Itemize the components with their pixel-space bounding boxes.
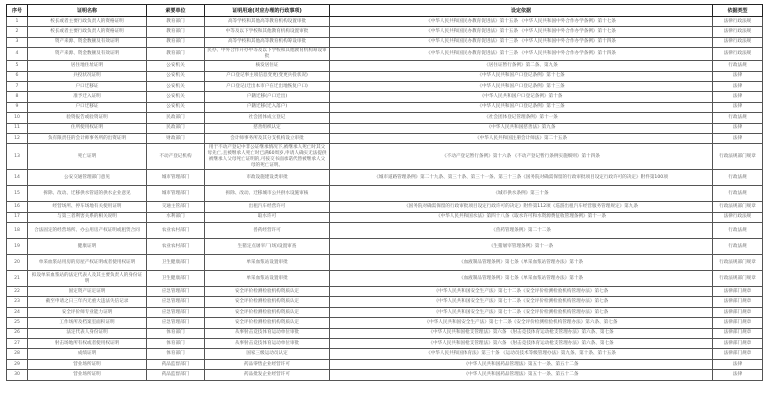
cell-purpose: 药品批发企业经营许可 bbox=[205, 370, 330, 380]
cell-purpose: 用于不动产登记中非公证继承情况下,被继承人死亡时其父母先亡,且被继承人死亡时已满… bbox=[205, 144, 330, 170]
cell-seq: 7 bbox=[7, 81, 28, 91]
table-row: 22固定资产证定证明应急管理部门安全评价检测检验机构资质认定《中华人民共和国安全… bbox=[7, 287, 763, 297]
cell-purpose: 户口登记(迁出本市户在迁出地恢复户口) bbox=[205, 81, 330, 91]
cell-seq: 28 bbox=[7, 349, 28, 359]
table-row: 9户口迁移证公安机关户籍迁移(迁入落户)《中华人民共和国户口登记条例》第十三条法… bbox=[7, 102, 763, 112]
cell-legal-basis: 《中华人民共和国户口登记条例》第十三条 bbox=[330, 81, 713, 91]
table-row: 15拆除、改动、迁移供水管道的供水企业意见城市管理部门拆除、改动、迁移城市公共供… bbox=[7, 186, 763, 202]
cell-basis-type: 法律部门规章 bbox=[713, 339, 763, 349]
cell-requesting-unit: 体育部门 bbox=[147, 349, 205, 359]
cell-purpose: 户口登记事主项信息变更(变更兵役状况) bbox=[205, 71, 330, 81]
table-row: 26法定代表人身份证明体育部门从事射击竞技体育运动单位审批《中华人民共和国枪支管… bbox=[7, 328, 763, 338]
cell-seq: 24 bbox=[7, 307, 28, 317]
cell-basis-type: 法律行政法规 bbox=[713, 27, 763, 37]
cell-seq: 13 bbox=[7, 144, 28, 170]
cell-basis-type: 法律行政法规 bbox=[713, 212, 763, 222]
cell-basis-type: 行政法规 bbox=[713, 186, 763, 202]
cell-requesting-unit: 财政部门 bbox=[147, 133, 205, 143]
cell-basis-type: 法律 bbox=[713, 92, 763, 102]
table-row: 18合法固定的经营场所、办公用房产权证明或租赁合同农业农村部门兽药经营许可《兽药… bbox=[7, 223, 763, 239]
cell-seq: 8 bbox=[7, 92, 28, 102]
cell-purpose: 安全评价检测检验机构资质认定 bbox=[205, 307, 330, 317]
cell-legal-basis: 《城市道路管理条例》第二十九条、第三十条、第三十一条、第三十三条《国务院对确需保… bbox=[330, 170, 713, 186]
cell-requesting-unit: 交通主管部门 bbox=[147, 202, 205, 212]
cell-cert-name: 住所使用权证明 bbox=[28, 123, 147, 133]
cell-purpose: 中等及以下学校和其他教育机构设置审批 bbox=[205, 27, 330, 37]
cell-cert-name: 单采血浆站用房的房屋产权证明或者使用权证明 bbox=[28, 255, 147, 271]
cell-cert-name: 射击场地所有权或者使用权证明 bbox=[28, 339, 147, 349]
cell-purpose: 高等学校和其他高等教育机构设置审批 bbox=[205, 17, 330, 27]
cell-requesting-unit: 应急管理部门 bbox=[147, 297, 205, 307]
cell-legal-basis: 《兽药管理条例》第二十二条 bbox=[330, 223, 713, 239]
cell-purpose: 会计师事务所及其分支机构设立审批 bbox=[205, 133, 330, 143]
table-row: 28成绩证明体育部门国家三级运动员认定《中华人民共和国体育法》第三十条 《运动员… bbox=[7, 349, 763, 359]
table-row: 8准予迁入证明公安机关户籍迁移(户口迁出)《中华人民共和国户口登记条例》第十条法… bbox=[7, 92, 763, 102]
cell-seq: 3 bbox=[7, 37, 28, 47]
cell-cert-name: 校长或者主要行政负责人的资格证明 bbox=[28, 27, 147, 37]
cell-purpose: 安全评价检测检验机构资质认定 bbox=[205, 297, 330, 307]
cell-basis-type: 法律部门规章 bbox=[713, 287, 763, 297]
cell-purpose: 户籍迁移(迁入落户) bbox=[205, 102, 330, 112]
cell-seq: 25 bbox=[7, 318, 28, 328]
cell-seq: 2 bbox=[7, 27, 28, 37]
cell-requesting-unit: 公安机关 bbox=[147, 71, 205, 81]
cell-requesting-unit: 药品监督部门 bbox=[147, 359, 205, 369]
table-row: 11住所使用权证明民政部门慈善组织认定《中华人民共和国慈善法》第九条法律 bbox=[7, 123, 763, 133]
cell-cert-name: 负有限责任的会计师事务所的出资证明 bbox=[28, 133, 147, 143]
header-legal-basis: 设定依据 bbox=[330, 5, 713, 17]
cell-cert-name: 安全评价师专业能力证明 bbox=[28, 307, 147, 317]
cell-basis-type: 法律行政法规 bbox=[713, 48, 763, 61]
cell-cert-name: 与第三者利害关系的相关说明 bbox=[28, 212, 147, 222]
cell-legal-basis: 《血液制品管理条例》第七条《单采血浆站管理办法》第十条 bbox=[330, 271, 713, 287]
cell-purpose: 安全评价检测检验机构资质认定 bbox=[205, 318, 330, 328]
header-cert-name: 证明名称 bbox=[28, 5, 147, 17]
cell-requesting-unit: 教育部门 bbox=[147, 27, 205, 37]
cell-seq: 15 bbox=[7, 186, 28, 202]
cell-seq: 30 bbox=[7, 370, 28, 380]
cell-cert-name: 截至申请之日三年内无重大违法失信记录 bbox=[28, 297, 147, 307]
cell-requesting-unit: 农业农村部门 bbox=[147, 239, 205, 255]
cell-seq: 10 bbox=[7, 113, 28, 123]
cell-cert-name: 校长或者主要行政负责人的资格证明 bbox=[28, 17, 147, 27]
cell-purpose: 兽药经营许可 bbox=[205, 223, 330, 239]
cell-cert-name: 居住地住址证明 bbox=[28, 61, 147, 71]
cell-legal-basis: 《中华人民共和国药品管理法》第五十一条、第五十二条 bbox=[330, 359, 713, 369]
cell-requesting-unit: 卫生健康部门 bbox=[147, 255, 205, 271]
table-row: 3资产来源、资金数额及有效证明教育部门高等学校和其他高等教育机构筹设审批《中华人… bbox=[7, 37, 763, 47]
cell-basis-type: 法律行政法规 bbox=[713, 17, 763, 27]
cell-legal-basis: 《生猪屠宰管理条例》第十一条 bbox=[330, 239, 713, 255]
cell-purpose: 高等学校和其他高等教育机构筹设审批 bbox=[205, 37, 330, 47]
cell-seq: 12 bbox=[7, 133, 28, 143]
table-header-row: 序号 证明名称 索要单位 证明用途(对应办理的行政事项) 设定依据 依据类型 bbox=[7, 5, 763, 17]
cell-cert-name: 验资报告或验资证明 bbox=[28, 113, 147, 123]
table-row: 14公安交通管理部门意见城市管理部门市政设施建设类审批《城市道路管理条例》第二十… bbox=[7, 170, 763, 186]
header-purpose: 证明用途(对应办理的行政事项) bbox=[205, 5, 330, 17]
cell-legal-basis: 《中华人民共和国户口登记条例》第十三条 bbox=[330, 102, 713, 112]
cell-purpose: 出租汽车经营许可 bbox=[205, 202, 330, 212]
table-row: 13死亡证明不动产登记机构用于不动产登记中非公证继承情况下,被继承人死亡时其父母… bbox=[7, 144, 763, 170]
cell-requesting-unit: 体育部门 bbox=[147, 339, 205, 349]
cell-cert-name: 固定资产证定证明 bbox=[28, 287, 147, 297]
table-row: 20单采血浆站用房的房屋产权证明或者使用权证明卫生健康部门单采血浆站设置审批《血… bbox=[7, 255, 763, 271]
cell-basis-type: 法律 bbox=[713, 123, 763, 133]
cell-seq: 17 bbox=[7, 212, 28, 222]
certificate-list-table: 序号 证明名称 索要单位 证明用途(对应办理的行政事项) 设定依据 依据类型 1… bbox=[6, 4, 763, 381]
cell-requesting-unit: 民政部门 bbox=[147, 113, 205, 123]
cell-requesting-unit: 公安机关 bbox=[147, 92, 205, 102]
cell-requesting-unit: 教育部门 bbox=[147, 48, 205, 61]
cell-purpose: 单采血浆站设置审批 bbox=[205, 255, 330, 271]
cell-requesting-unit: 城市管理部门 bbox=[147, 186, 205, 202]
cell-purpose: 户籍迁移(户口迁出) bbox=[205, 92, 330, 102]
cell-basis-type: 行政法规部门规章 bbox=[713, 271, 763, 287]
cell-legal-basis: 《不动产登记暂行条例》第十六条 《不动产登记暂行条例实施细则》第十四条 bbox=[330, 144, 713, 170]
cell-requesting-unit: 不动产登记机构 bbox=[147, 144, 205, 170]
cell-seq: 14 bbox=[7, 170, 28, 186]
cell-purpose: 取水许可 bbox=[205, 212, 330, 222]
table-row: 6兵役状况证明公安机关户口登记事主项信息变更(变更兵役状况)《中华人民共和国户口… bbox=[7, 71, 763, 81]
cell-requesting-unit: 应急管理部门 bbox=[147, 287, 205, 297]
cell-seq: 21 bbox=[7, 271, 28, 287]
cell-basis-type: 法律部门规章 bbox=[713, 297, 763, 307]
cell-legal-basis: 《中华人民共和国户口登记条例》第十条 bbox=[330, 92, 713, 102]
cell-cert-name: 资产来源、资金数额及有效证明 bbox=[28, 37, 147, 47]
table-row: 1校长或者主要行政负责人的资格证明教育部门高等学校和其他高等教育机构设置审批《中… bbox=[7, 17, 763, 27]
cell-basis-type: 法律 bbox=[713, 359, 763, 369]
cell-requesting-unit: 体育部门 bbox=[147, 328, 205, 338]
cell-cert-name: 营业场所证明 bbox=[28, 359, 147, 369]
cell-legal-basis: 《中华人民共和国民办教育促进法》第十五条 《中华人民共和国中外合作办学条例》第十… bbox=[330, 17, 713, 27]
cell-cert-name: 公安交通管理部门意见 bbox=[28, 170, 147, 186]
cell-requesting-unit: 药品监督部门 bbox=[147, 370, 205, 380]
cell-cert-name: 户口迁移证 bbox=[28, 102, 147, 112]
cell-purpose: 单采血浆站设置审批 bbox=[205, 271, 330, 287]
cell-basis-type: 法律行政法规 bbox=[713, 37, 763, 47]
cell-legal-basis: 《社会团体登记管理条例》第十一条 bbox=[330, 113, 713, 123]
cell-purpose: 拆除、改动、迁移城市公共供水设施审核 bbox=[205, 186, 330, 202]
cell-basis-type: 法律部门规章 bbox=[713, 328, 763, 338]
cell-legal-basis: 《中华人民共和国民办教育促进法》第十三条 《中华人民共和国中外合作办学条例》第十… bbox=[330, 48, 713, 61]
header-basis-type: 依据类型 bbox=[713, 5, 763, 17]
cell-legal-basis: 《中华人民共和国注册会计师法》第二十五条 bbox=[330, 133, 713, 143]
cell-basis-type: 行政法规部门规章 bbox=[713, 255, 763, 271]
cell-legal-basis: 《城市供水条例》第三十条 bbox=[330, 186, 713, 202]
table-row: 27射击场地所有权或者使用权证明体育部门从事射击竞技体育运动单位审批《中华人民共… bbox=[7, 339, 763, 349]
cell-legal-basis: 《中华人民共和国户口登记条例》第十七条 bbox=[330, 71, 713, 81]
cell-basis-type: 法律部门规章 bbox=[713, 307, 763, 317]
cell-seq: 27 bbox=[7, 339, 28, 349]
cell-cert-name: 拟设单采血浆站的法定代表人及其主要负责人的身份证明 bbox=[28, 271, 147, 287]
cell-requesting-unit: 公安机关 bbox=[147, 102, 205, 112]
cell-seq: 19 bbox=[7, 239, 28, 255]
cell-requesting-unit: 应急管理部门 bbox=[147, 318, 205, 328]
table-row: 24安全评价师专业能力证明应急管理部门安全评价检测检验机构资质认定《中华人民共和… bbox=[7, 307, 763, 317]
table-row: 25工作场所及档案室面积证明应急管理部门安全评价检测检验机构资质认定《中华人民共… bbox=[7, 318, 763, 328]
cell-cert-name: 工作场所及档案室面积证明 bbox=[28, 318, 147, 328]
cell-basis-type: 行政法规 bbox=[713, 61, 763, 71]
cell-cert-name: 资产来源、资金数额及有效证明 bbox=[28, 48, 147, 61]
cell-seq: 29 bbox=[7, 359, 28, 369]
table-row: 29营业场所证明药品监督部门药品零售企业经营许可《中华人民共和国药品管理法》第五… bbox=[7, 359, 763, 369]
cell-cert-name: 经营场所、停车场地有关使用证明 bbox=[28, 202, 147, 212]
cell-requesting-unit: 应急管理部门 bbox=[147, 307, 205, 317]
header-requesting-unit: 索要单位 bbox=[147, 5, 205, 17]
cell-basis-type: 法律 bbox=[713, 71, 763, 81]
table-row: 12负有限责任的会计师事务所的出资证明财政部门会计师事务所及其分支机构设立审批《… bbox=[7, 133, 763, 143]
cell-purpose: 慈善组织认定 bbox=[205, 123, 330, 133]
cell-purpose: 核发居住证 bbox=[205, 61, 330, 71]
cell-purpose: 从事射击竞技体育运动单位审批 bbox=[205, 339, 330, 349]
cell-purpose: 药品零售企业经营许可 bbox=[205, 359, 330, 369]
cell-seq: 5 bbox=[7, 61, 28, 71]
cell-seq: 16 bbox=[7, 202, 28, 212]
cell-cert-name: 拆除、改动、迁移供水管道的供水企业意见 bbox=[28, 186, 147, 202]
table-row: 21拟设单采血浆站的法定代表人及其主要负责人的身份证明卫生健康部门单采血浆站设置… bbox=[7, 271, 763, 287]
cell-basis-type: 行政法规部门规章 bbox=[713, 144, 763, 170]
cell-purpose: 生猪定点屠宰厂(场)设置审查 bbox=[205, 239, 330, 255]
cell-requesting-unit: 城市管理部门 bbox=[147, 170, 205, 186]
cell-legal-basis: 《中华人民共和国民办教育促进法》第十五条 《中华人民共和国中外合作办学条例》第十… bbox=[330, 27, 713, 37]
cell-purpose: 国家三级运动员认定 bbox=[205, 349, 330, 359]
cell-cert-name: 合法固定的经营场所、办公用房产权证明或租赁合同 bbox=[28, 223, 147, 239]
cell-basis-type: 法律 bbox=[713, 81, 763, 91]
cell-seq: 4 bbox=[7, 48, 28, 61]
cell-legal-basis: 《国务院对确需保留的行政审批项目设定行政许可的决定》附件第112项《巡游出租汽车… bbox=[330, 202, 713, 212]
cell-basis-type: 行政法规 bbox=[713, 170, 763, 186]
cell-legal-basis: 《中华人民共和国枪支管理法》第六条 《射击竞技体育运动枪支管理办法》第六条、第七… bbox=[330, 339, 713, 349]
table-row: 2校长或者主要行政负责人的资格证明教育部门中等及以下学校和其他教育机构设置审批《… bbox=[7, 27, 763, 37]
cell-cert-name: 法定代表人身份证明 bbox=[28, 328, 147, 338]
cell-basis-type: 法律 bbox=[713, 102, 763, 112]
cell-legal-basis: 《中华人民共和国慈善法》第九条 bbox=[330, 123, 713, 133]
cell-legal-basis: 《居住证暂行条例》第二条、第九条 bbox=[330, 61, 713, 71]
cell-purpose: 社会团体成立登记 bbox=[205, 113, 330, 123]
cell-cert-name: 准予迁入证明 bbox=[28, 92, 147, 102]
cell-seq: 1 bbox=[7, 17, 28, 27]
cell-seq: 20 bbox=[7, 255, 28, 271]
table-row: 19健康证明农业农村部门生猪定点屠宰厂(场)设置审查《生猪屠宰管理条例》第十一条… bbox=[7, 239, 763, 255]
table-row: 4资产来源、资金数额及有效证明教育部门民办、中外合作开办中等及以下学校和其他教育… bbox=[7, 48, 763, 61]
cell-requesting-unit: 公安机关 bbox=[147, 81, 205, 91]
cell-basis-type: 行政法规 bbox=[713, 239, 763, 255]
cell-legal-basis: 《中华人民共和国体育法》第三十条 《运动员技术等级管理办法》第九条、第十条、第十… bbox=[330, 349, 713, 359]
cell-requesting-unit: 民政部门 bbox=[147, 123, 205, 133]
table-row: 7户口迁移证公安机关户口登记(迁出本市户在迁出地恢复户口)《中华人民共和国户口登… bbox=[7, 81, 763, 91]
table-body: 1校长或者主要行政负责人的资格证明教育部门高等学校和其他高等教育机构设置审批《中… bbox=[7, 17, 763, 381]
table-row: 5居住地住址证明公安机关核发居住证《居住证暂行条例》第二条、第九条行政法规 bbox=[7, 61, 763, 71]
cell-legal-basis: 《中华人民共和国水法》第四十八条《取水许可和水资源费征收管理条例》第十一条 bbox=[330, 212, 713, 222]
cell-basis-type: 法律部门规章 bbox=[713, 318, 763, 328]
cell-seq: 6 bbox=[7, 71, 28, 81]
cell-requesting-unit: 公安机关 bbox=[147, 61, 205, 71]
cell-legal-basis: 《中华人民共和国安全生产法》第七十二条《安全评价检测检验机构管理办法》第六条、第… bbox=[330, 318, 713, 328]
cell-legal-basis: 《中华人民共和国安全生产法》第七十二条《安全评价检测检验机构管理办法》第七条 bbox=[330, 287, 713, 297]
table-row: 23截至申请之日三年内无重大违法失信记录应急管理部门安全评价检测检验机构资质认定… bbox=[7, 297, 763, 307]
cell-seq: 26 bbox=[7, 328, 28, 338]
cell-legal-basis: 《中华人民共和国药品管理法》第五十一条、第五十二条 bbox=[330, 370, 713, 380]
cell-cert-name: 健康证明 bbox=[28, 239, 147, 255]
cell-basis-type: 行政法规 bbox=[713, 223, 763, 239]
table-row: 10验资报告或验资证明民政部门社会团体成立登记《社会团体登记管理条例》第十一条行… bbox=[7, 113, 763, 123]
cell-cert-name: 死亡证明 bbox=[28, 144, 147, 170]
cell-requesting-unit: 教育部门 bbox=[147, 37, 205, 47]
cell-requesting-unit: 教育部门 bbox=[147, 17, 205, 27]
cell-seq: 11 bbox=[7, 123, 28, 133]
cell-legal-basis: 《中华人民共和国枪支管理法》第六条 《射击竞技体育运动枪支管理办法》第六条、第七… bbox=[330, 328, 713, 338]
cell-legal-basis: 《中华人民共和国民办教育促进法》第十三条 《中华人民共和国中外合作办学条例》第十… bbox=[330, 37, 713, 47]
cell-cert-name: 成绩证明 bbox=[28, 349, 147, 359]
cell-legal-basis: 《中华人民共和国安全生产法》第七十二条《安全评价检测检验机构管理办法》第七条 bbox=[330, 297, 713, 307]
cell-purpose: 市政设施建设类审批 bbox=[205, 170, 330, 186]
cell-seq: 22 bbox=[7, 287, 28, 297]
cell-cert-name: 营业场所证明 bbox=[28, 370, 147, 380]
cell-basis-type: 法律 bbox=[713, 370, 763, 380]
cell-basis-type: 行政法规部门规章 bbox=[713, 202, 763, 212]
cell-basis-type: 法律 bbox=[713, 133, 763, 143]
cell-cert-name: 兵役状况证明 bbox=[28, 71, 147, 81]
cell-cert-name: 户口迁移证 bbox=[28, 81, 147, 91]
cell-purpose: 安全评价检测检验机构资质认定 bbox=[205, 287, 330, 297]
cell-seq: 9 bbox=[7, 102, 28, 112]
header-seq: 序号 bbox=[7, 5, 28, 17]
table-row: 16经营场所、停车场地有关使用证明交通主管部门出租汽车经营许可《国务院对确需保留… bbox=[7, 202, 763, 212]
cell-requesting-unit: 水利部门 bbox=[147, 212, 205, 222]
table-row: 17与第三者利害关系的相关说明水利部门取水许可《中华人民共和国水法》第四十八条《… bbox=[7, 212, 763, 222]
cell-legal-basis: 《中华人民共和国安全生产法》第七十二条《安全评价检测检验机构管理办法》第七条 bbox=[330, 307, 713, 317]
cell-purpose: 从事射击竞技体育运动单位审批 bbox=[205, 328, 330, 338]
cell-requesting-unit: 农业农村部门 bbox=[147, 223, 205, 239]
table-row: 30营业场所证明药品监督部门药品批发企业经营许可《中华人民共和国药品管理法》第五… bbox=[7, 370, 763, 380]
cell-seq: 23 bbox=[7, 297, 28, 307]
cell-basis-type: 行政法规 bbox=[713, 113, 763, 123]
cell-legal-basis: 《血液制品管理条例》第七条《单采血浆站管理办法》第十条 bbox=[330, 255, 713, 271]
cell-seq: 18 bbox=[7, 223, 28, 239]
cell-basis-type: 法律部门规章 bbox=[713, 349, 763, 359]
cell-purpose: 民办、中外合作开办中等及以下学校和其他教育机构筹设审批 bbox=[205, 48, 330, 61]
cell-requesting-unit: 卫生健康部门 bbox=[147, 271, 205, 287]
